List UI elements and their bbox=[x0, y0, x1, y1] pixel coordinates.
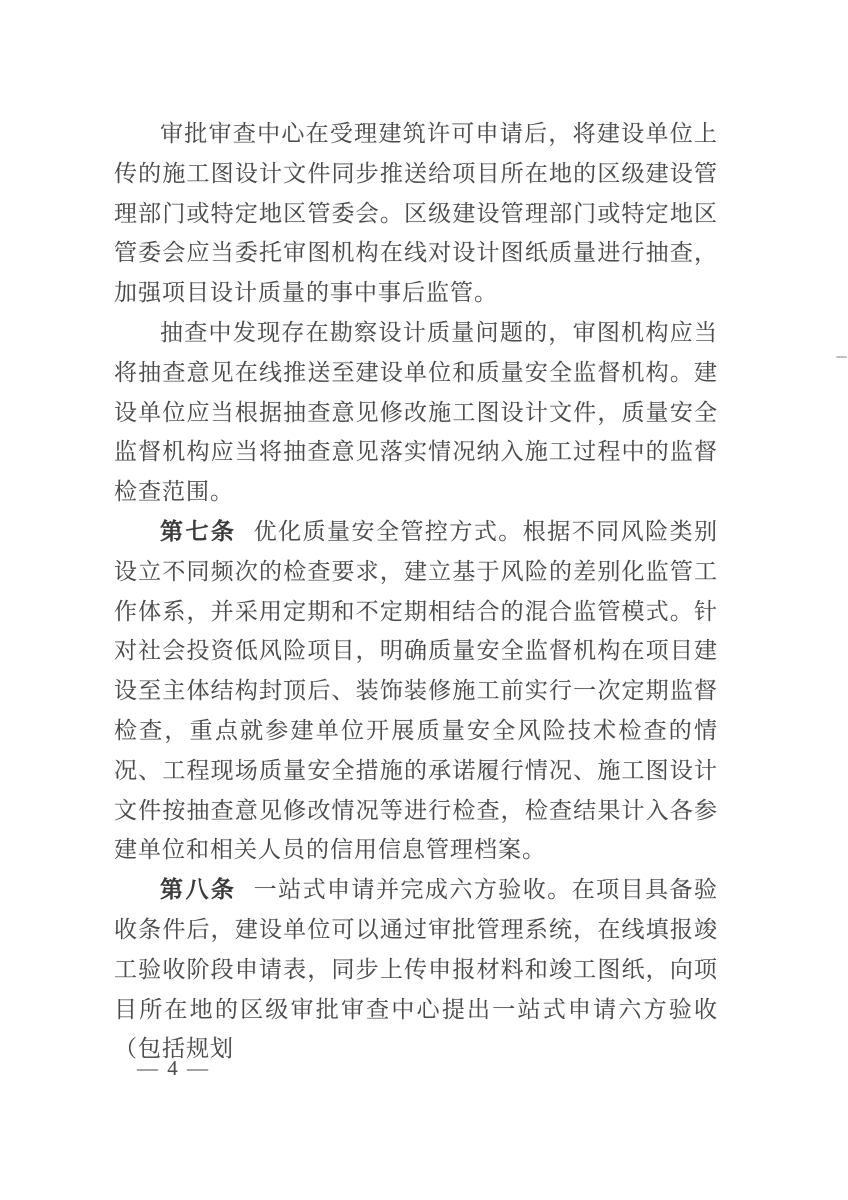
paragraph-article-7: 第七条优化质量安全管控方式。根据不同风险类别设立不同频次的检查要求，建立基于风险… bbox=[114, 512, 718, 870]
paragraph-text: 一站式申请并完成六方验收。在项目具备验收条件后，建设单位可以通过审批管理系统，在… bbox=[114, 877, 718, 1061]
article-number-8: 第八条 bbox=[160, 876, 236, 902]
document-body: 审批审查中心在受理建筑许可申请后，将建设单位上传的施工图设计文件同步推送给项目所… bbox=[114, 114, 718, 1069]
scan-artifact bbox=[836, 356, 847, 358]
paragraph: 抽查中发现存在勘察设计质量问题的，审图机构应当将抽查意见在线推送至建设单位和质量… bbox=[114, 313, 718, 512]
page-number: — 4 — bbox=[137, 1056, 210, 1081]
paragraph-article-8: 第八条一站式申请并完成六方验收。在项目具备验收条件后，建设单位可以通过审批管理系… bbox=[114, 870, 718, 1069]
paragraph-text: 抽查中发现存在勘察设计质量问题的，审图机构应当将抽查意见在线推送至建设单位和质量… bbox=[114, 320, 718, 504]
document-page: 审批审查中心在受理建筑许可申请后，将建设单位上传的施工图设计文件同步推送给项目所… bbox=[0, 0, 848, 1200]
article-number-7: 第七条 bbox=[160, 518, 236, 544]
paragraph-text: 优化质量安全管控方式。根据不同风险类别设立不同频次的检查要求，建立基于风险的差别… bbox=[114, 519, 718, 862]
paragraph: 审批审查中心在受理建筑许可申请后，将建设单位上传的施工图设计文件同步推送给项目所… bbox=[114, 114, 718, 313]
paragraph-text: 审批审查中心在受理建筑许可申请后，将建设单位上传的施工图设计文件同步推送给项目所… bbox=[114, 121, 718, 305]
